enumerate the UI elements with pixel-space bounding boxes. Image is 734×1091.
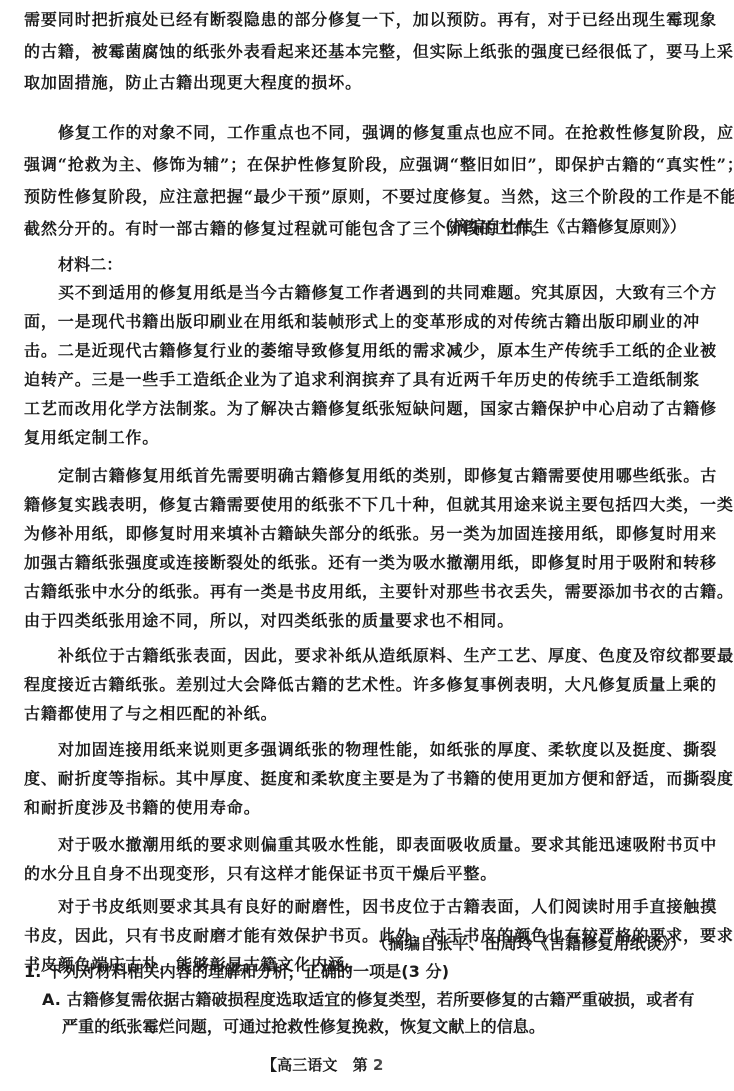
text-line: 迫转产。三是一些手工造纸企业为了追求利润摈弃了具有近两千年历史的传统手工造纸制浆	[24, 370, 700, 390]
text-line: 古籍都使用了与之相匹配的补纸。	[24, 704, 278, 724]
text-line: 需要同时把折痕处已经有断裂隐患的部分修复一下，加以预防。再有，对于已经出现生霉现…	[24, 10, 717, 30]
exam-page-sheet: 需要同时把折痕处已经有断裂隐患的部分修复一下，加以预防。再有，对于已经出现生霉现…	[0, 0, 734, 1091]
text-line: 程度接近古籍纸张。差别过大会降低古籍的艺术性。许多修复事例表明，大凡修复质量上乘…	[24, 675, 717, 695]
paragraph-start: 对于书皮纸则要求其具有良好的耐磨性，因书皮位于古籍表面，人们阅读时用手直接触摸	[58, 897, 717, 917]
paragraph-start: 补纸位于古籍纸张表面，因此，要求补纸从造纸原料、生产工艺、厚度、色度及帘纹都要最…	[58, 646, 734, 666]
paragraph-start: 对加固连接用纸来说则更多强调纸张的物理性能，如纸张的厚度、柔软度以及挺度、撕裂	[58, 740, 717, 760]
text-line: 击。二是近现代古籍修复行业的萎缩导致修复用纸的需求减少，原本生产传统手工纸的企业…	[24, 341, 717, 361]
page-footer: 【高三语文 第 2	[262, 1055, 384, 1075]
text-line: 的水分且自身不出现变形，只有这样才能保证书页干燥后平整。	[24, 864, 497, 884]
text-line: 度、耐折度等指标。其中厚度、挺度和柔软度主要是为了书籍的使用更加方便和舒适，而撕…	[24, 769, 734, 789]
text-line: 预防性修复阶段，应注意把握“最少干预”原则，不要过度修复。当然，这三个阶段的工作…	[24, 187, 734, 207]
source-citation-1: （摘编自杜伟生《古籍修复原则》）	[436, 217, 686, 237]
text-line: 和耐折度涉及书籍的使用寿命。	[24, 798, 261, 818]
text-line: 由于四类纸张用途不同，所以，对四类纸张的质量要求也不相同。	[24, 611, 514, 631]
paragraph-start: 定制古籍修复用纸首先需要明确古籍修复用纸的类别，即修复古籍需要使用哪些纸张。古	[58, 466, 717, 486]
question-stem: 1. 下列对材料相关内容的理解和分析，正确的一项是(3 分)	[24, 962, 449, 982]
text-line: 古籍纸张中水分的纸张。再有一类是书皮用纸，主要针对那些书衣丢失，需要添加书衣的古…	[24, 582, 734, 602]
text-line: 强调“抢救为主、修饰为辅”；在保护性修复阶段，应强调“整旧如旧”，即保护古籍的“…	[24, 155, 734, 175]
question-option-a[interactable]: A. 古籍修复需依据古籍破损程度选取适宜的修复类型，若所要修复的古籍严重破损，或…	[42, 990, 695, 1010]
section-heading-material-two: 材料二：	[58, 255, 122, 275]
text-line: 籍修复实践表明，修复古籍需要使用的纸张不下几十种，但就其用途来说主要包括四大类，…	[24, 495, 734, 515]
text-line: 为修补用纸，即修复时用来填补古籍缺失部分的纸张。另一类为加固连接用纸，即修复时用…	[24, 524, 717, 544]
paragraph-start: 修复工作的对象不同，工作重点也不同，强调的修复重点也应不同。在抢救性修复阶段，应	[58, 123, 734, 143]
paragraph-start: 对于吸水撤潮用纸的要求则偏重其吸水性能，即表面吸收质量。要求其能迅速吸附书页中	[58, 835, 717, 855]
text-line: 工艺而改用化学方法制浆。为了解决古籍修复纸张短缺问题，国家古籍保护中心启动了古籍…	[24, 399, 717, 419]
text-line: 取加固措施，防止古籍出现更大程度的损坏。	[24, 73, 362, 93]
question-option-a-continued: 严重的纸张霉烂问题，可通过抢救性修复挽救，恢复文献上的信息。	[62, 1017, 545, 1037]
footer-fade-overlay	[368, 1048, 488, 1088]
text-line: 复用纸定制工作。	[24, 428, 159, 448]
text-line: 面，一是现代书籍出版印刷业在用纸和装帧形式上的变革形成的对传统古籍出版印刷业的冲	[24, 312, 700, 332]
paragraph-start: 买不到适用的修复用纸是当今古籍修复工作者遇到的共同难题。究其原因，大致有三个方	[58, 283, 717, 303]
source-citation-2: （摘编自张平、田周玲《古籍修复用纸谈》）	[372, 934, 686, 954]
text-line: 的古籍，被霉菌腐蚀的纸张外表看起来还基本完整，但实际上纸张的强度已经很低了，要马…	[24, 42, 734, 62]
text-line: 加强古籍纸张强度或连接断裂处的纸张。还有一类为吸水撤潮用纸，即修复时用于吸附和转…	[24, 553, 717, 573]
